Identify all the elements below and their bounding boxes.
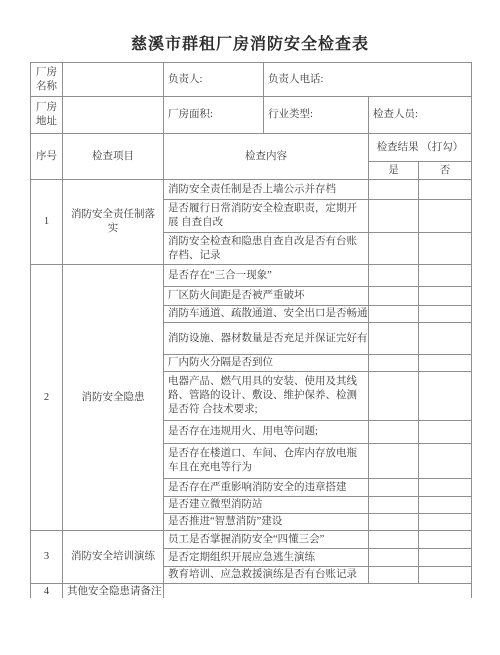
- section-3-item: 消防安全培训演练: [63, 531, 164, 584]
- factory-name-label: 厂房名称: [31, 63, 63, 97]
- result-no-cell[interactable]: [419, 531, 472, 549]
- check-content: 员工是否掌握消防安全“四懂三会”: [164, 531, 369, 549]
- table-row: 1 消防安全责任制落实 消防安全责任制是否上墙公示并存档: [31, 180, 472, 200]
- section-1-seq: 1: [31, 180, 63, 265]
- result-no-cell[interactable]: [419, 567, 472, 584]
- result-no-cell[interactable]: [419, 265, 472, 287]
- result-no-cell[interactable]: [419, 497, 472, 514]
- result-yes-cell[interactable]: [369, 287, 419, 306]
- section-3-seq: 3: [31, 531, 63, 584]
- result-yes-cell[interactable]: [369, 497, 419, 514]
- header-seq: 序号: [31, 134, 63, 180]
- check-content: 电器产品、燃气用具的安装、使用及其线路、管路的设计、敷设、维护保养、检测是否符 …: [164, 372, 369, 421]
- factory-address-value-cell[interactable]: [63, 97, 164, 134]
- result-yes-cell[interactable]: [369, 444, 419, 479]
- check-content: 消防安全责任制是否上墙公示并存档: [164, 180, 369, 200]
- manager-phone-label[interactable]: 负责人电话:: [264, 63, 472, 97]
- result-yes-cell[interactable]: [369, 514, 419, 531]
- header-no: 否: [419, 162, 472, 180]
- section-2-seq: 2: [31, 265, 63, 531]
- check-content: 是否建立微型消防站: [164, 497, 369, 514]
- document-page: 慈溪市群租厂房消防安全检查表 厂房名称 负责人: 负责人电话: 厂房地址 厂房面…: [0, 0, 500, 655]
- page-margin: [0, 598, 500, 655]
- header-content: 检查内容: [164, 134, 369, 180]
- result-no-cell[interactable]: [419, 180, 472, 200]
- factory-area-label[interactable]: 厂房面积:: [164, 97, 264, 134]
- header-yes: 是: [369, 162, 419, 180]
- header-result: 检查结果 （打勾）: [369, 134, 472, 162]
- result-no-cell[interactable]: [419, 355, 472, 372]
- check-content: 消防车通道、疏散通道、安全出口是否畅通: [164, 306, 369, 323]
- section-2-item: 消防安全隐患: [63, 265, 164, 531]
- result-no-cell[interactable]: [419, 444, 472, 479]
- result-no-cell[interactable]: [419, 323, 472, 355]
- table-row: 3 消防安全培训演练 员工是否掌握消防安全“四懂三会”: [31, 531, 472, 549]
- result-yes-cell[interactable]: [369, 200, 419, 233]
- page-title: 慈溪市群租厂房消防安全检查表: [0, 31, 500, 54]
- result-yes-cell[interactable]: [369, 355, 419, 372]
- result-yes-cell[interactable]: [369, 265, 419, 287]
- factory-address-label: 厂房地址: [31, 97, 63, 134]
- manager-label[interactable]: 负责人:: [164, 63, 264, 97]
- check-content: 是否存在楼道口、车间、仓库内存放电瓶车且在充电等行为: [164, 444, 369, 479]
- check-content: 是否存在严重影响消防安全的违章搭建: [164, 479, 369, 497]
- inspector-label[interactable]: 检查人员:: [369, 97, 472, 134]
- check-content: 是否推进“智慧消防”建设: [164, 514, 369, 531]
- result-no-cell[interactable]: [419, 479, 472, 497]
- result-yes-cell[interactable]: [369, 531, 419, 549]
- check-content: 厂区防火间距是否被严重破坏: [164, 287, 369, 306]
- result-yes-cell[interactable]: [369, 306, 419, 323]
- result-no-cell[interactable]: [419, 287, 472, 306]
- industry-type-label[interactable]: 行业类型:: [264, 97, 369, 134]
- check-content: 消防安全检查和隐患自查自改是否有台账存档、记录: [164, 233, 369, 265]
- header-item: 检查项目: [63, 134, 164, 180]
- result-yes-cell[interactable]: [369, 372, 419, 421]
- result-no-cell[interactable]: [419, 514, 472, 531]
- check-content: 是否定期组织开展应急逃生演练: [164, 549, 369, 567]
- result-yes-cell[interactable]: [369, 549, 419, 567]
- table-row: 2 消防安全隐患 是否存在“三合一现象”: [31, 265, 472, 287]
- check-content: 是否存在违规用火、用电等问题;: [164, 421, 369, 444]
- check-content: 是否存在“三合一现象”: [164, 265, 369, 287]
- info-row-1: 厂房名称 负责人: 负责人电话:: [31, 63, 472, 97]
- result-no-cell[interactable]: [419, 306, 472, 323]
- result-yes-cell[interactable]: [369, 180, 419, 200]
- check-content: 教育培训、应急救援演练是否有台账记录: [164, 567, 369, 584]
- result-yes-cell[interactable]: [369, 479, 419, 497]
- result-no-cell[interactable]: [419, 372, 472, 421]
- result-yes-cell[interactable]: [369, 421, 419, 444]
- result-no-cell[interactable]: [419, 233, 472, 265]
- result-no-cell[interactable]: [419, 549, 472, 567]
- result-no-cell[interactable]: [419, 200, 472, 233]
- result-yes-cell[interactable]: [369, 567, 419, 584]
- factory-name-value-cell[interactable]: [63, 63, 164, 97]
- header-row: 序号 检查项目 检查内容 检查结果 （打勾）: [31, 134, 472, 162]
- result-yes-cell[interactable]: [369, 233, 419, 265]
- section-1-item: 消防安全责任制落实: [63, 180, 164, 265]
- inspection-form-table: 厂房名称 负责人: 负责人电话: 厂房地址 厂房面积: 行业类型: 检查人员: …: [30, 62, 472, 601]
- check-content: 是否履行日常消防安全检查职责，定期开展 自查自改: [164, 200, 369, 233]
- check-content: 消防设施、器材数量是否充足并保证完好有 效: [164, 323, 369, 355]
- check-content: 厂内防火分隔是否到位: [164, 355, 369, 372]
- info-row-2: 厂房地址 厂房面积: 行业类型: 检查人员:: [31, 97, 472, 134]
- result-yes-cell[interactable]: [369, 323, 419, 355]
- result-no-cell[interactable]: [419, 421, 472, 444]
